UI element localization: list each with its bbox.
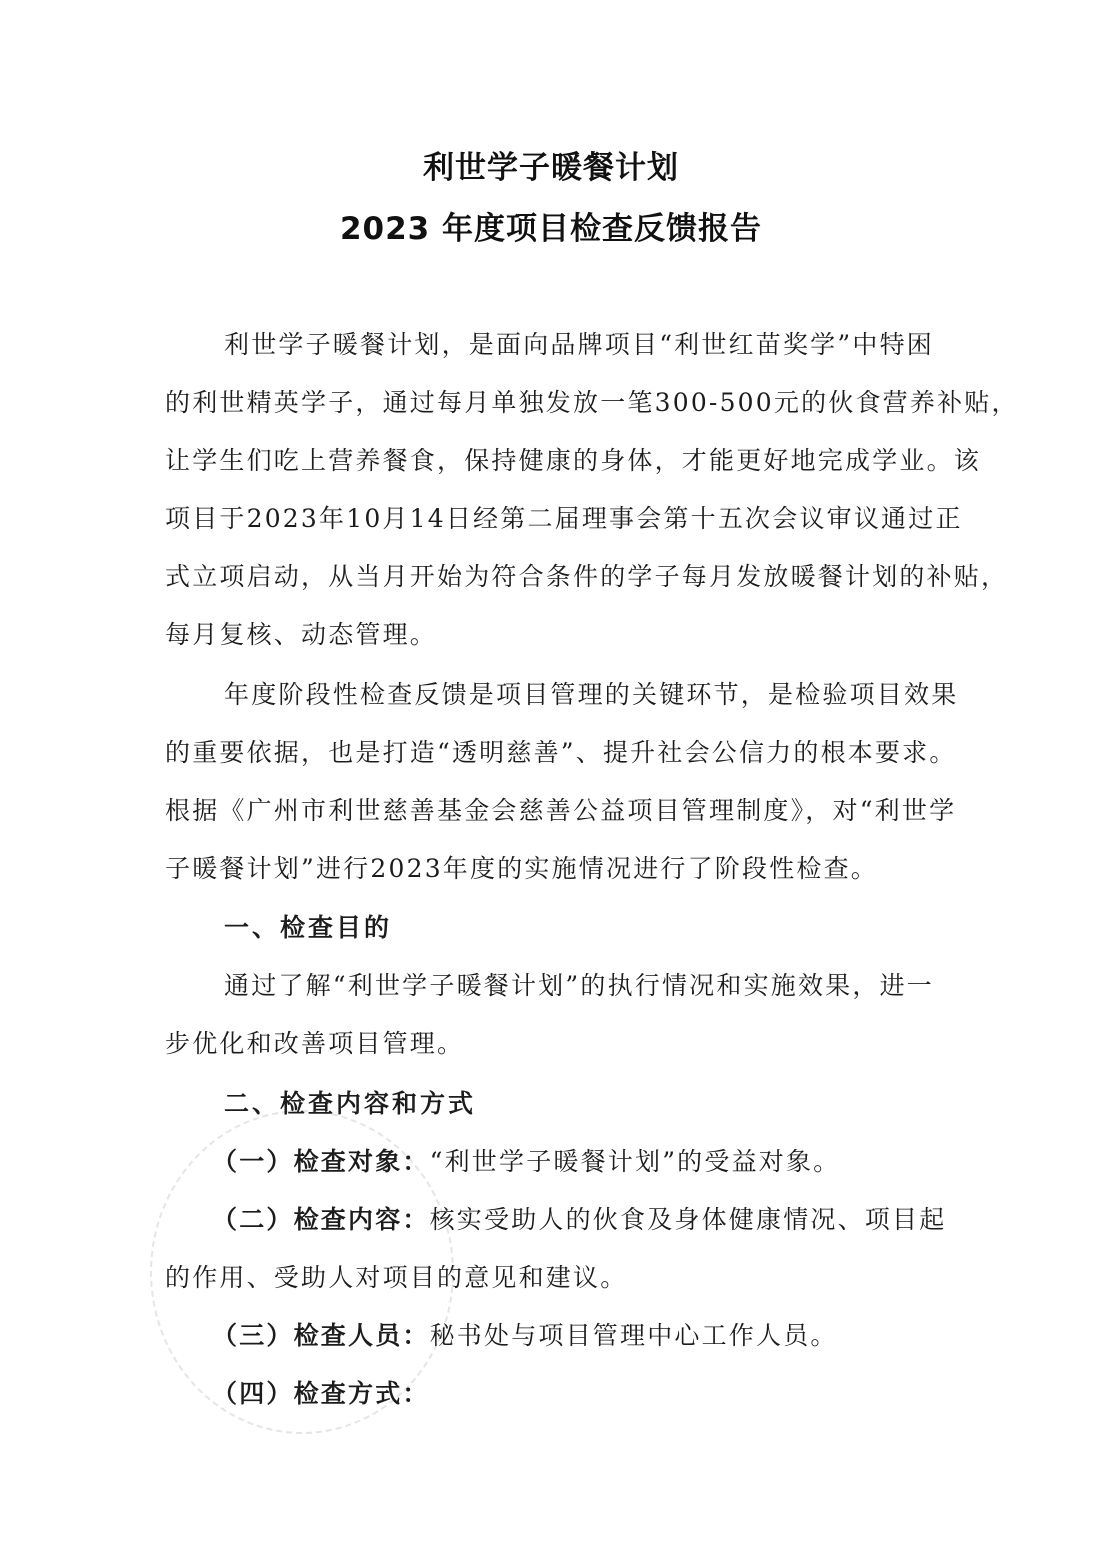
item-label: （四）检查方式： bbox=[212, 1379, 430, 1408]
section2-item-2-cont: 的作用、受助人对项目的意见和建议。 bbox=[165, 1258, 627, 1294]
intro-line: 每月复核、动态管理。 bbox=[165, 615, 437, 651]
intro-line: 利世学子暖餐计划，是面向品牌项目“利世红苗奖学”中特困 bbox=[224, 325, 934, 361]
item-label: （二）检查内容： bbox=[212, 1205, 430, 1234]
para2-line: 子暖餐计划”进行2023年度的实施情况进行了阶段性检查。 bbox=[165, 849, 878, 885]
para2-line: 的重要依据，也是打造“透明慈善”、提升社会公信力的根本要求。 bbox=[165, 733, 957, 769]
section1-heading: 一、检查目的 bbox=[224, 908, 392, 944]
item-label: （三）检查人员： bbox=[212, 1321, 430, 1350]
document-title-line2: 2023 年度项目检查反馈报告 bbox=[0, 203, 1102, 248]
para2-line: 根据《广州市利世慈善基金会慈善公益项目管理制度》，对“利世学 bbox=[165, 791, 956, 827]
section1-body-line: 步优化和改善项目管理。 bbox=[165, 1024, 464, 1060]
section2-item-2: （二）检查内容：核实受助人的伙食及身体健康情况、项目起 bbox=[212, 1200, 946, 1236]
intro-line: 式立项启动，从当月开始为符合条件的学子每月发放暖餐计划的补贴， bbox=[165, 557, 1008, 593]
item-text: 秘书处与项目管理中心工作人员。 bbox=[430, 1321, 838, 1350]
section2-item-1: （一）检查对象：“利世学子暖餐计划”的受益对象。 bbox=[212, 1142, 840, 1178]
intro-line: 的利世精英学子，通过每月单独发放一笔300-500元的伙食营养补贴， bbox=[165, 383, 1019, 419]
item-text: 核实受助人的伙食及身体健康情况、项目起 bbox=[430, 1205, 947, 1234]
document-page: 利世学子暖餐计划 2023 年度项目检查反馈报告 利世学子暖餐计划，是面向品牌项… bbox=[0, 0, 1102, 1559]
item-label: （一）检查对象： bbox=[212, 1147, 430, 1176]
intro-line: 让学生们吃上营养餐食，保持健康的身体，才能更好地完成学业。该 bbox=[165, 441, 981, 477]
para2-line: 年度阶段性检查反馈是项目管理的关键环节，是检验项目效果 bbox=[224, 675, 958, 711]
section2-item-4: （四）检查方式： bbox=[212, 1374, 430, 1410]
section2-heading: 二、检查内容和方式 bbox=[224, 1084, 476, 1120]
section2-item-3: （三）检查人员：秘书处与项目管理中心工作人员。 bbox=[212, 1316, 838, 1352]
intro-line: 项目于2023年10月14日经第二届理事会第十五次会议审议通过正 bbox=[165, 499, 963, 535]
document-title-line1: 利世学子暖餐计划 bbox=[0, 142, 1102, 187]
section1-body-line: 通过了解“利世学子暖餐计划”的执行情况和实施效果，进一 bbox=[224, 966, 934, 1002]
item-text: “利世学子暖餐计划”的受益对象。 bbox=[430, 1147, 841, 1176]
